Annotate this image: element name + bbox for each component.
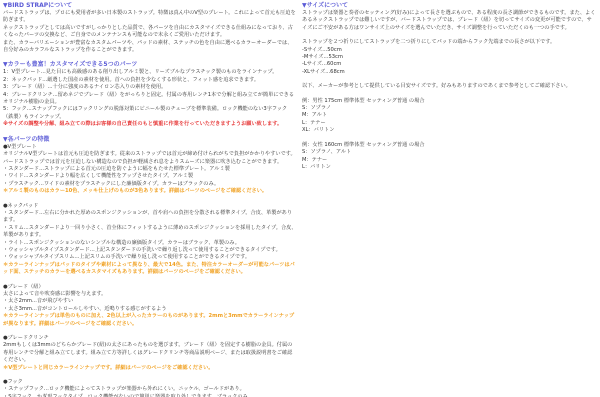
pad-heading: ●ネックパッド: [3, 203, 297, 210]
male-example-m: M：アルト: [302, 112, 596, 119]
braid-heading: ●ブレード（紐）: [3, 284, 297, 291]
plate-text-4: ・プラスチック...ワイドの素材をプラスチックにした廉価版タイプ。カラーはブラッ…: [3, 181, 297, 188]
spacer: [302, 91, 596, 98]
plate-heading: ●V型プレート: [3, 144, 297, 151]
clinch-text-1: 2mmもしくは3mmのどちらかブレード(紐)の太さにあったものを選びます。ブレー…: [3, 342, 297, 364]
about-text-3: また、カラーバリエーションが豊富なカスタムパーツや、パッドの素材、ステッチの色を…: [3, 40, 297, 55]
about-text-2: ネックストラップとしては高いですがしっかりとした品質で、各パーツを自由にカスタマ…: [3, 25, 297, 40]
braid-text-2: ・太さ2mm...音が飛びやすい: [3, 298, 297, 305]
spacer: [3, 372, 297, 379]
size-l: -Lサイズ...60cm: [302, 61, 596, 68]
pad-text-5: ・ウォッシャブルタイプスリム...上記スリムの手洗いで繰り返し洗って使用すること…: [3, 254, 297, 261]
male-example-heading: 例：男性 175cm 標準体型 セッティング普通 の場合: [302, 98, 596, 105]
spacer: [3, 129, 297, 136]
left-column: ▼BIRD STRAPについて バードストラップは、プロにも愛用者が多い日本製の…: [3, 2, 297, 397]
about-text-1: バードストラップは、プロにも愛用者が多い日本製のストラップ。特徴は真ん中のV型の…: [3, 10, 297, 25]
plate-note: ＊アルミ製のものはカラー10色、メッキ仕上げのものが3色あります。詳細はパーツの…: [3, 188, 297, 195]
parts-item-3: 3：ブレード（紐）...十分に強度のあるナイロン芯入りの素材を使用。: [3, 84, 297, 91]
hook-text-1: ・スナップフック...ロック機能によってストラップが楽器から外れにくい。ニッケル…: [3, 386, 297, 393]
clinch-note: ＊V型プレートと同じカラーラインナップです。詳細はパーツのページをご確認ください…: [3, 365, 297, 372]
female-example-l: L：バリトン: [302, 164, 596, 171]
about-heading: ▼BIRD STRAPについて: [3, 2, 297, 10]
spacer: [3, 196, 297, 203]
features-heading: ▼各パーツの特徴: [3, 136, 297, 144]
female-example-heading: 例：女性 160cm 標準体型 セッティング普通 の場合: [302, 142, 596, 149]
plate-text-1: オリジナルV型プレートは首元も圧迫を防ぎます。従来のストラップでは首元が締め付け…: [3, 151, 297, 166]
size-s: -Sサイズ...50cm: [302, 47, 596, 54]
spacer: [3, 277, 297, 284]
female-example-m: M：テナー: [302, 157, 596, 164]
size-xl: -XLサイズ...68cm: [302, 69, 596, 76]
male-example-s: S：ソプラノ: [302, 105, 596, 112]
parts-item-1: 1：V型プレート...見た目にも高級感のある削り出しアルミ製と、リーズブルなプラ…: [3, 69, 297, 76]
spacer: [302, 135, 596, 142]
male-example-l: L：テナー: [302, 120, 596, 127]
size-intro: ストラップは楽器と奏者のセッティング(好み)によって長さを選ぶもので、ある程度の…: [302, 10, 596, 32]
parts-item-4: 4：ブレードクリンチ...留めネジでブレード（紐）をがっちりと固定。付属の専用レ…: [3, 92, 297, 107]
plate-text-3: ・ワイド...スタンダードより幅を広くして機能性をアップさせたタイプ。アルミ製: [3, 173, 297, 180]
size-heading: ▼サイズについて: [302, 2, 596, 10]
pad-text-3: ・ライト...スポンジクッションのないシンプルな構造の廉価版タイプ。カラーはブラ…: [3, 240, 297, 247]
measure-note: ストラップを２つ折りにしてストラップを二つ折りにしてパッドの端からフック先端まで…: [302, 39, 596, 46]
female-example-s: S：ソプラノ、アルト: [302, 149, 596, 156]
reference-note: 以下、メーカーが参考として提供している目安サイズです。好みもありますのであくまで…: [302, 83, 596, 90]
pad-text-2: ・スリム...スタンダードより一回り小さく、首全体にフィットするように薄めのスポ…: [3, 225, 297, 240]
braid-note: ＊カラーラインナップは単色のものに加え、2色以上が入ったカラーのものがあります。…: [3, 313, 297, 328]
size-m: -Mサイズ...53cm: [302, 54, 596, 61]
spacer: [3, 328, 297, 335]
pad-note: ＊カラーラインナップはパッドのタイプや素材によって異なり、最大で14色。また、特…: [3, 262, 297, 277]
pad-text-1: ・スタンダード...左右に分かれた厚めのスポンジクッションが、首や肩への負担を分…: [3, 210, 297, 225]
right-column: ▼サイズについて ストラップは楽器と奏者のセッティング(好み)によって長さを選ぶ…: [302, 2, 596, 171]
parts-warning: ※サイズの調整や分解、組み立ての際はお客様の自己責任のもと慎重に作業を行っていた…: [3, 121, 297, 128]
male-example-xl: XL：バリトン: [302, 127, 596, 134]
parts-item-5: 5：フック...スナップフックにはフックリングの脱落対策にビニール製のチューブを…: [3, 106, 297, 121]
